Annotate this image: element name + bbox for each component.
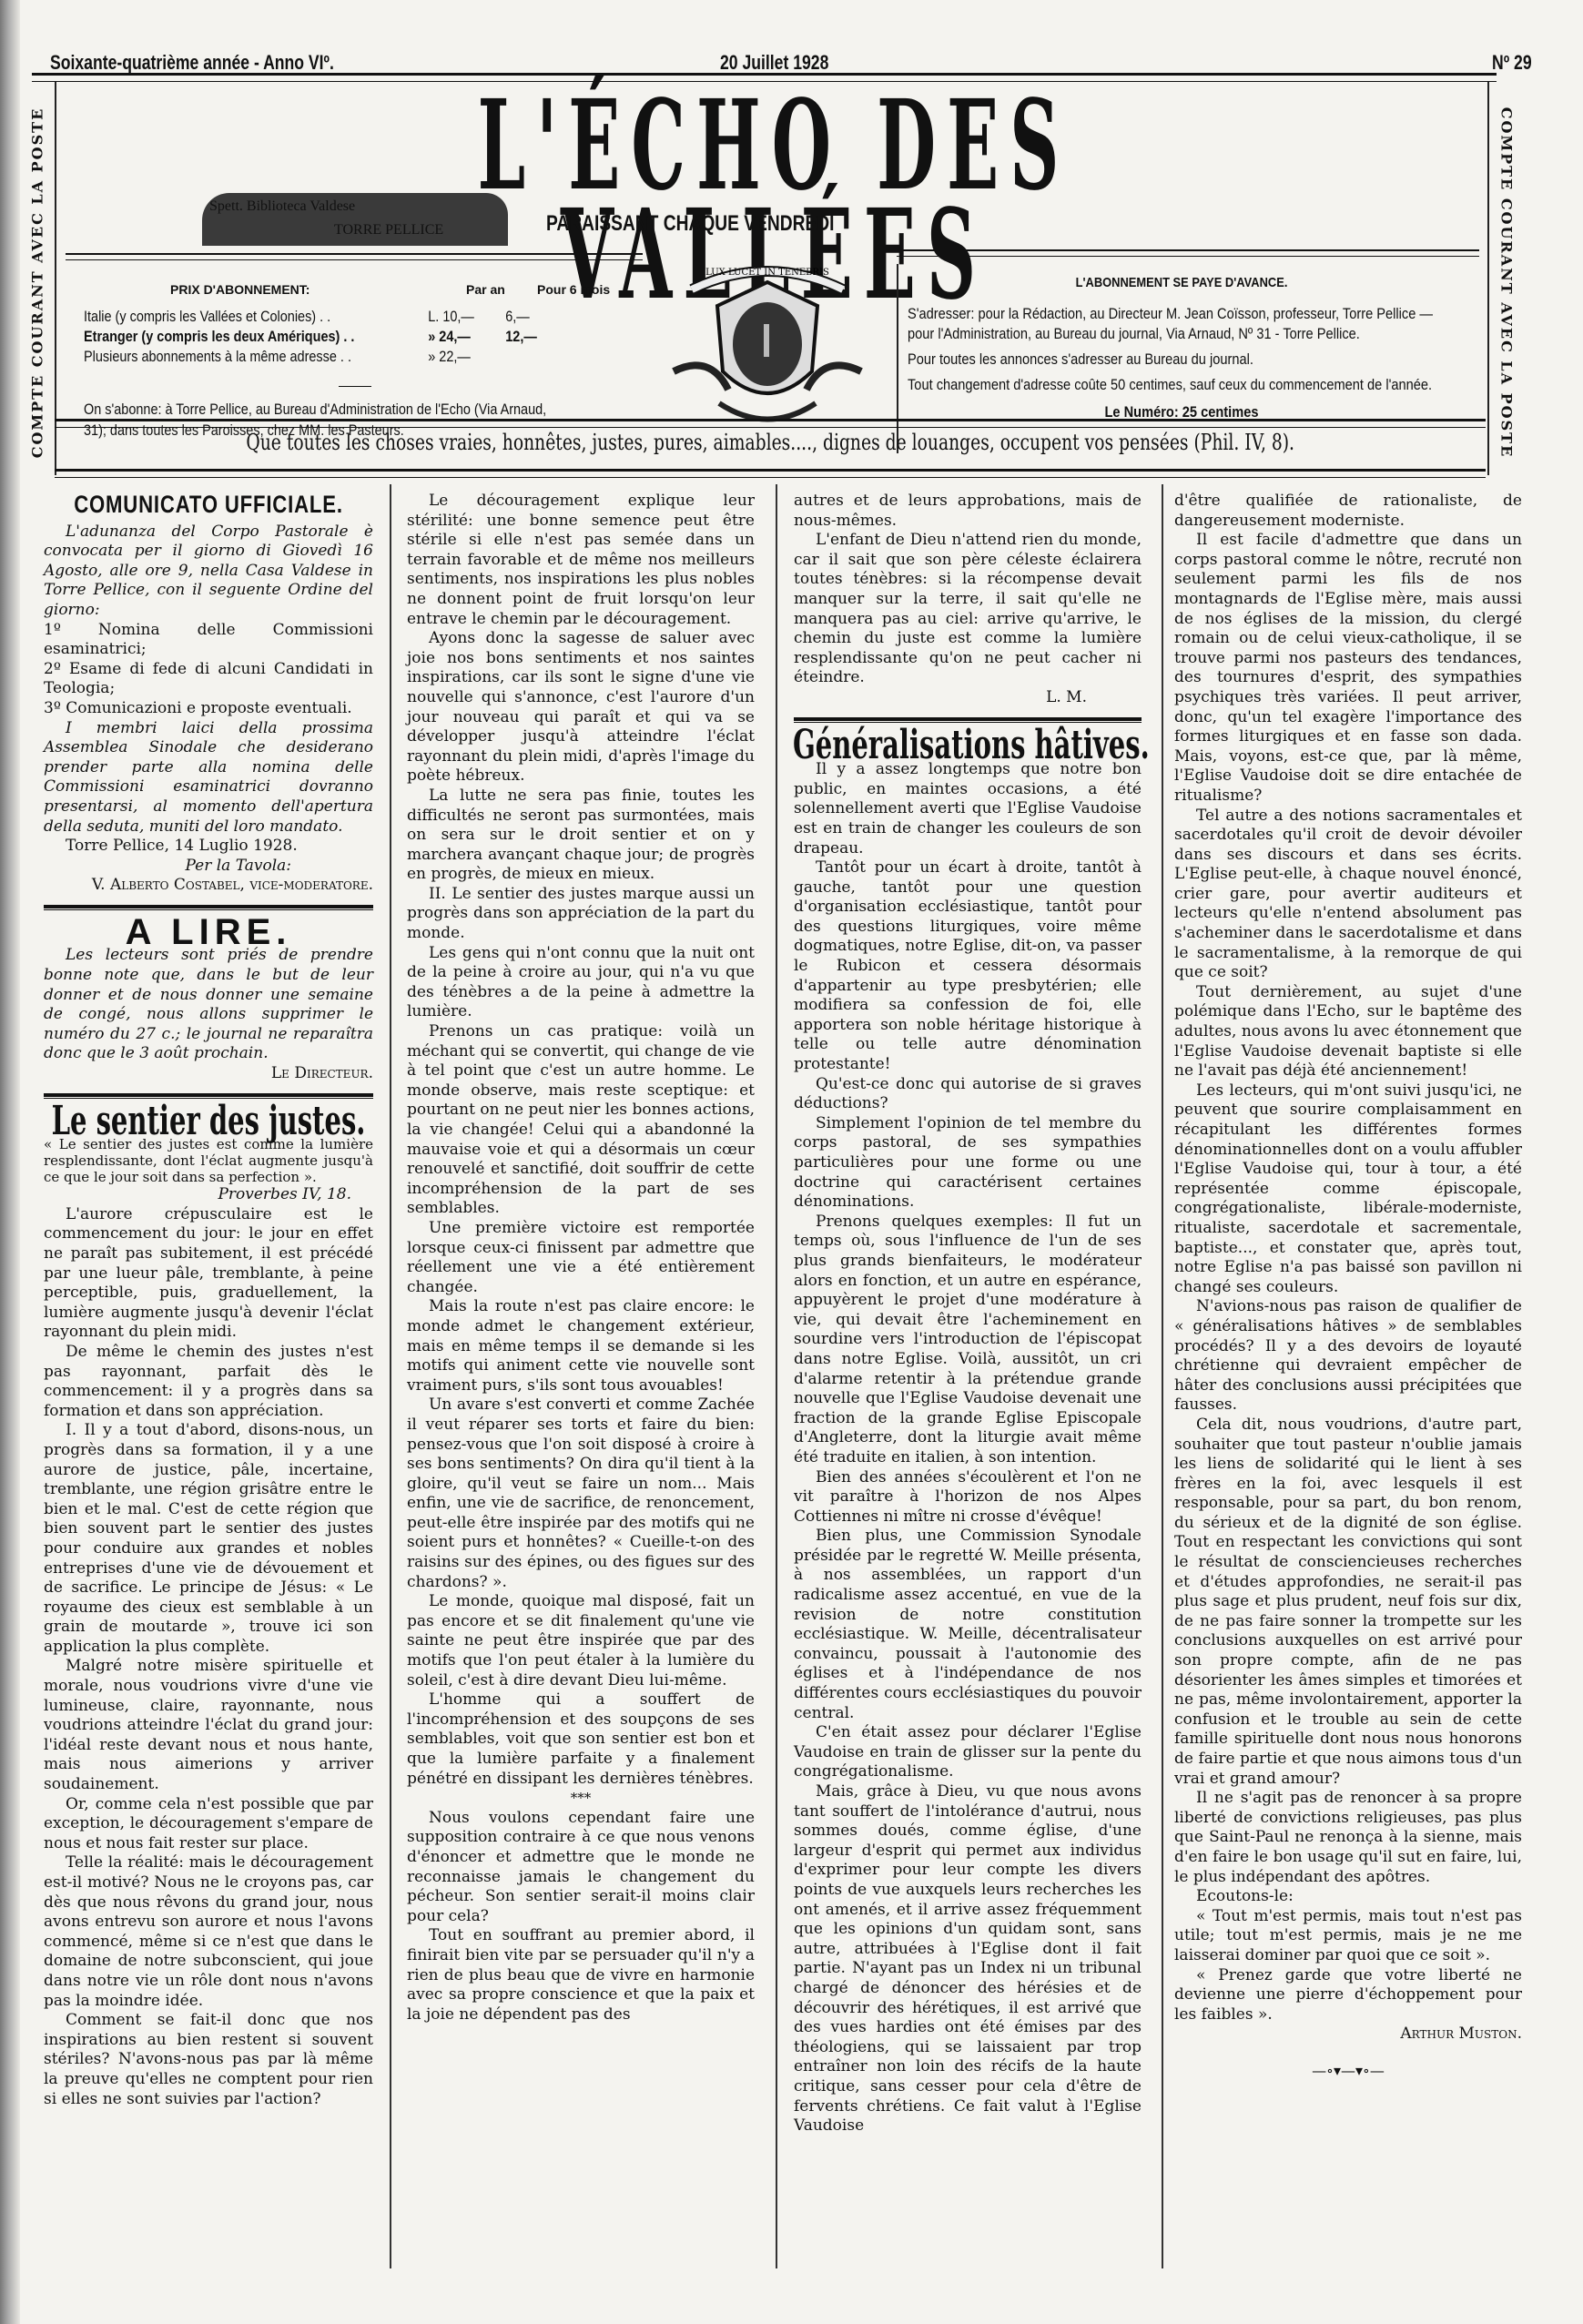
- paragraph: Bien plus, une Commission Synodale prési…: [794, 1527, 1142, 1723]
- paragraph: Prenons quelques exemples: Il fut un tem…: [794, 1213, 1142, 1468]
- paragraph: Tel autre a des notions sacramentales et…: [1174, 807, 1522, 983]
- paragraph: « Prenez garde que votre liberté ne devi…: [1174, 1966, 1522, 2025]
- issue-number: Nº 29: [1492, 51, 1532, 75]
- paragraph: Or, comme cela n'est possible que par ex…: [44, 1795, 373, 1854]
- a-lire-title: A LIRE.: [44, 923, 373, 943]
- section-stars: ***: [407, 1789, 755, 1809]
- paragraph: Il ne s'agit pas de renoncer à sa propre…: [1174, 1789, 1522, 1887]
- generalisations-title: Généralisations hâtives.: [793, 736, 1142, 756]
- dateline: Soixante-quatrième année - Anno VIº. 20 …: [50, 47, 1207, 75]
- paragraph: Tout dernièrement, au sujet d'une polémi…: [1174, 983, 1522, 1081]
- paragraph: Un avare s'est converti et comme Zachée …: [407, 1395, 755, 1592]
- paragraph: Mais la route n'est pas claire encore: l…: [407, 1297, 755, 1395]
- motto-rule-bottom: [55, 469, 1486, 478]
- paragraph: N'avions-nous pas raison de qualifier de…: [1174, 1297, 1522, 1416]
- agenda-item: 3º Comunicazioni e proposte eventuali.: [44, 699, 373, 719]
- column-1: COMUNICATO UFFICIALE. L'adunanza del Cor…: [44, 492, 373, 2109]
- comunicato-note: I membri laici della prossima Assemblea …: [44, 719, 373, 837]
- epigraph-ref: Proverbes IV, 18.: [44, 1185, 373, 1205]
- coat-of-arms-emblem: LUX LUCET IN TENEBRIS: [655, 253, 879, 435]
- paragraph: Malgré notre misère spirituelle et moral…: [44, 1657, 373, 1794]
- comunicato-signature: V. Alberto Costabel, vice-moderatore.: [44, 876, 373, 896]
- generalisations-signature: Arthur Muston.: [1174, 2025, 1522, 2045]
- paragraph: De même le chemin des justes n'est pas r…: [44, 1343, 373, 1421]
- paragraph: II. Le sentier des justes marque aussi u…: [407, 885, 755, 944]
- year-line: Soixante-quatrième année - Anno VIº.: [50, 51, 334, 75]
- a-lire-signature: Le Directeur.: [44, 1064, 373, 1084]
- paragraph: « Tout m'est permis, mais tout n'est pas…: [1174, 1907, 1522, 1966]
- paragraph: Cela dit, nous voudrions, d'autre part, …: [1174, 1416, 1522, 1789]
- motto-rule-top: [55, 419, 1486, 428]
- paragraph: Mais, grâce à Dieu, vu que nous avons ta…: [794, 1782, 1142, 2136]
- sentier-signature: L. M.: [794, 688, 1142, 708]
- col-year-label: Par an: [466, 282, 505, 297]
- paragraph: Simplement l'opinion de tel membre du co…: [794, 1114, 1142, 1213]
- paragraph: d'être qualifiée de rationaliste, de dan…: [1174, 492, 1522, 531]
- price-box-rule: [66, 253, 643, 260]
- paragraph: Tout en souffrant au premier abord, il f…: [407, 1926, 755, 2025]
- paragraph: Nous voulons cependant faire une supposi…: [407, 1809, 755, 1927]
- paragraph: Il y a assez longtemps que notre bon pub…: [794, 760, 1142, 858]
- ads-note: Pour toutes les annonces s'adresser au B…: [908, 350, 1456, 370]
- separator: [339, 386, 371, 387]
- end-ornament: —∘▾—▾∘—: [1174, 2061, 1522, 2081]
- address-change-note: Tout changement d'adresse coûte 50 centi…: [908, 375, 1456, 395]
- paragraph: Bien des années s'écoulèrent et l'on ne …: [794, 1468, 1142, 1527]
- comunicato-intro: L'adunanza del Corpo Pastorale è convoca…: [44, 523, 373, 621]
- column-4: d'être qualifiée de rationaliste, de dan…: [1174, 492, 1522, 2081]
- a-lire-text: Les lecteurs sont priés de prendre bonne…: [44, 946, 373, 1064]
- contact-address: S'adresser: pour la Rédaction, au Direct…: [908, 304, 1456, 344]
- paragraph: Telle la réalité: mais le découragement …: [44, 1853, 373, 2011]
- paragraph: Le découragement explique leur stérilité…: [407, 492, 755, 629]
- paragraph: L'homme qui a souffert de l'incompréhens…: [407, 1690, 755, 1789]
- paragraph: Comment se fait-il donc que nos inspirat…: [44, 2011, 373, 2109]
- issue-date: 20 Juillet 1928: [720, 51, 828, 75]
- paragraph: Qu'est-ce donc qui autorise de si graves…: [794, 1075, 1142, 1114]
- address-label: Spett. Biblioteca Valdese TORRE PELLICE: [202, 193, 508, 246]
- paragraph: Tantôt pour un écart à droite, tantôt à …: [794, 858, 1142, 1075]
- comunicato-per: Per la Tavola:: [44, 857, 373, 877]
- paragraph: Une première victoire est remportée lors…: [407, 1219, 755, 1297]
- paragraph: La lutte ne sera pas finie, toutes les d…: [407, 787, 755, 885]
- price-row: Plusieurs abonnements à la même adresse …: [84, 348, 351, 366]
- paragraph: Le monde, quoique mal disposé, fait un p…: [407, 1592, 755, 1690]
- info-box-rule: [897, 249, 1479, 257]
- column-2: Le découragement explique leur stérilité…: [407, 492, 755, 2025]
- comunicato-title: COMUNICATO UFFICIALE.: [74, 495, 344, 515]
- column-rule: [1162, 484, 1163, 2268]
- info-heading: L'ABONNEMENT SE PAYE D'AVANCE.: [908, 273, 1456, 293]
- svg-text:LUX LUCET IN TENEBRIS: LUX LUCET IN TENEBRIS: [705, 268, 829, 278]
- column-rule: [776, 484, 777, 2268]
- scan-edge-shadow: [0, 0, 20, 2324]
- paragraph: Les lecteurs, qui m'ont suivi jusqu'ici,…: [1174, 1081, 1522, 1298]
- paragraph: autres et de leurs approbations, mais de…: [794, 492, 1142, 531]
- column-3: autres et de leurs approbations, mais de…: [794, 492, 1142, 2136]
- tagline: PARAISSANT CHAQUE VENDREDI: [546, 211, 834, 237]
- paragraph: Il est facile d'admettre que dans un cor…: [1174, 531, 1522, 806]
- subscription-heading: PRIX D'ABONNEMENT:: [170, 282, 309, 297]
- paragraph: L'enfant de Dieu n'attend rien du monde,…: [794, 531, 1142, 688]
- paragraph: Ayons donc la sagesse de saluer avec joi…: [407, 629, 755, 787]
- paragraph: L'aurore crépusculaire est le commenceme…: [44, 1205, 373, 1343]
- comunicato-place-date: Torre Pellice, 14 Luglio 1928.: [44, 837, 373, 857]
- paragraph: I. Il y a tout d'abord, disons-nous, un …: [44, 1421, 373, 1657]
- paragraph: C'en était assez pour déclarer l'Eglise …: [794, 1723, 1142, 1782]
- agenda-item: 1º Nomina delle Commissioni esaminatrici…: [44, 621, 373, 660]
- agenda-item: 2º Esame di fede di alcuni Candidati in …: [44, 660, 373, 699]
- column-rule: [390, 484, 391, 2268]
- paragraph: Ecoutons-le:: [1174, 1887, 1522, 1907]
- price-row: Etranger (y compris les deux Amériques) …: [84, 328, 354, 346]
- price-row: Italie (y compris les Vallées et Colonie…: [84, 308, 330, 326]
- section-rule: [44, 905, 373, 910]
- paragraph: Les gens qui n'ont connu que la nuit ont…: [407, 944, 755, 1022]
- motto: Que toutes les choses vraies, honnêtes, …: [55, 430, 1486, 455]
- col-six-label: Pour 6 mois: [537, 282, 610, 297]
- sentier-title: Le sentier des justes.: [40, 1111, 378, 1132]
- paragraph: Prenons un cas pratique: voilà un méchan…: [407, 1022, 755, 1219]
